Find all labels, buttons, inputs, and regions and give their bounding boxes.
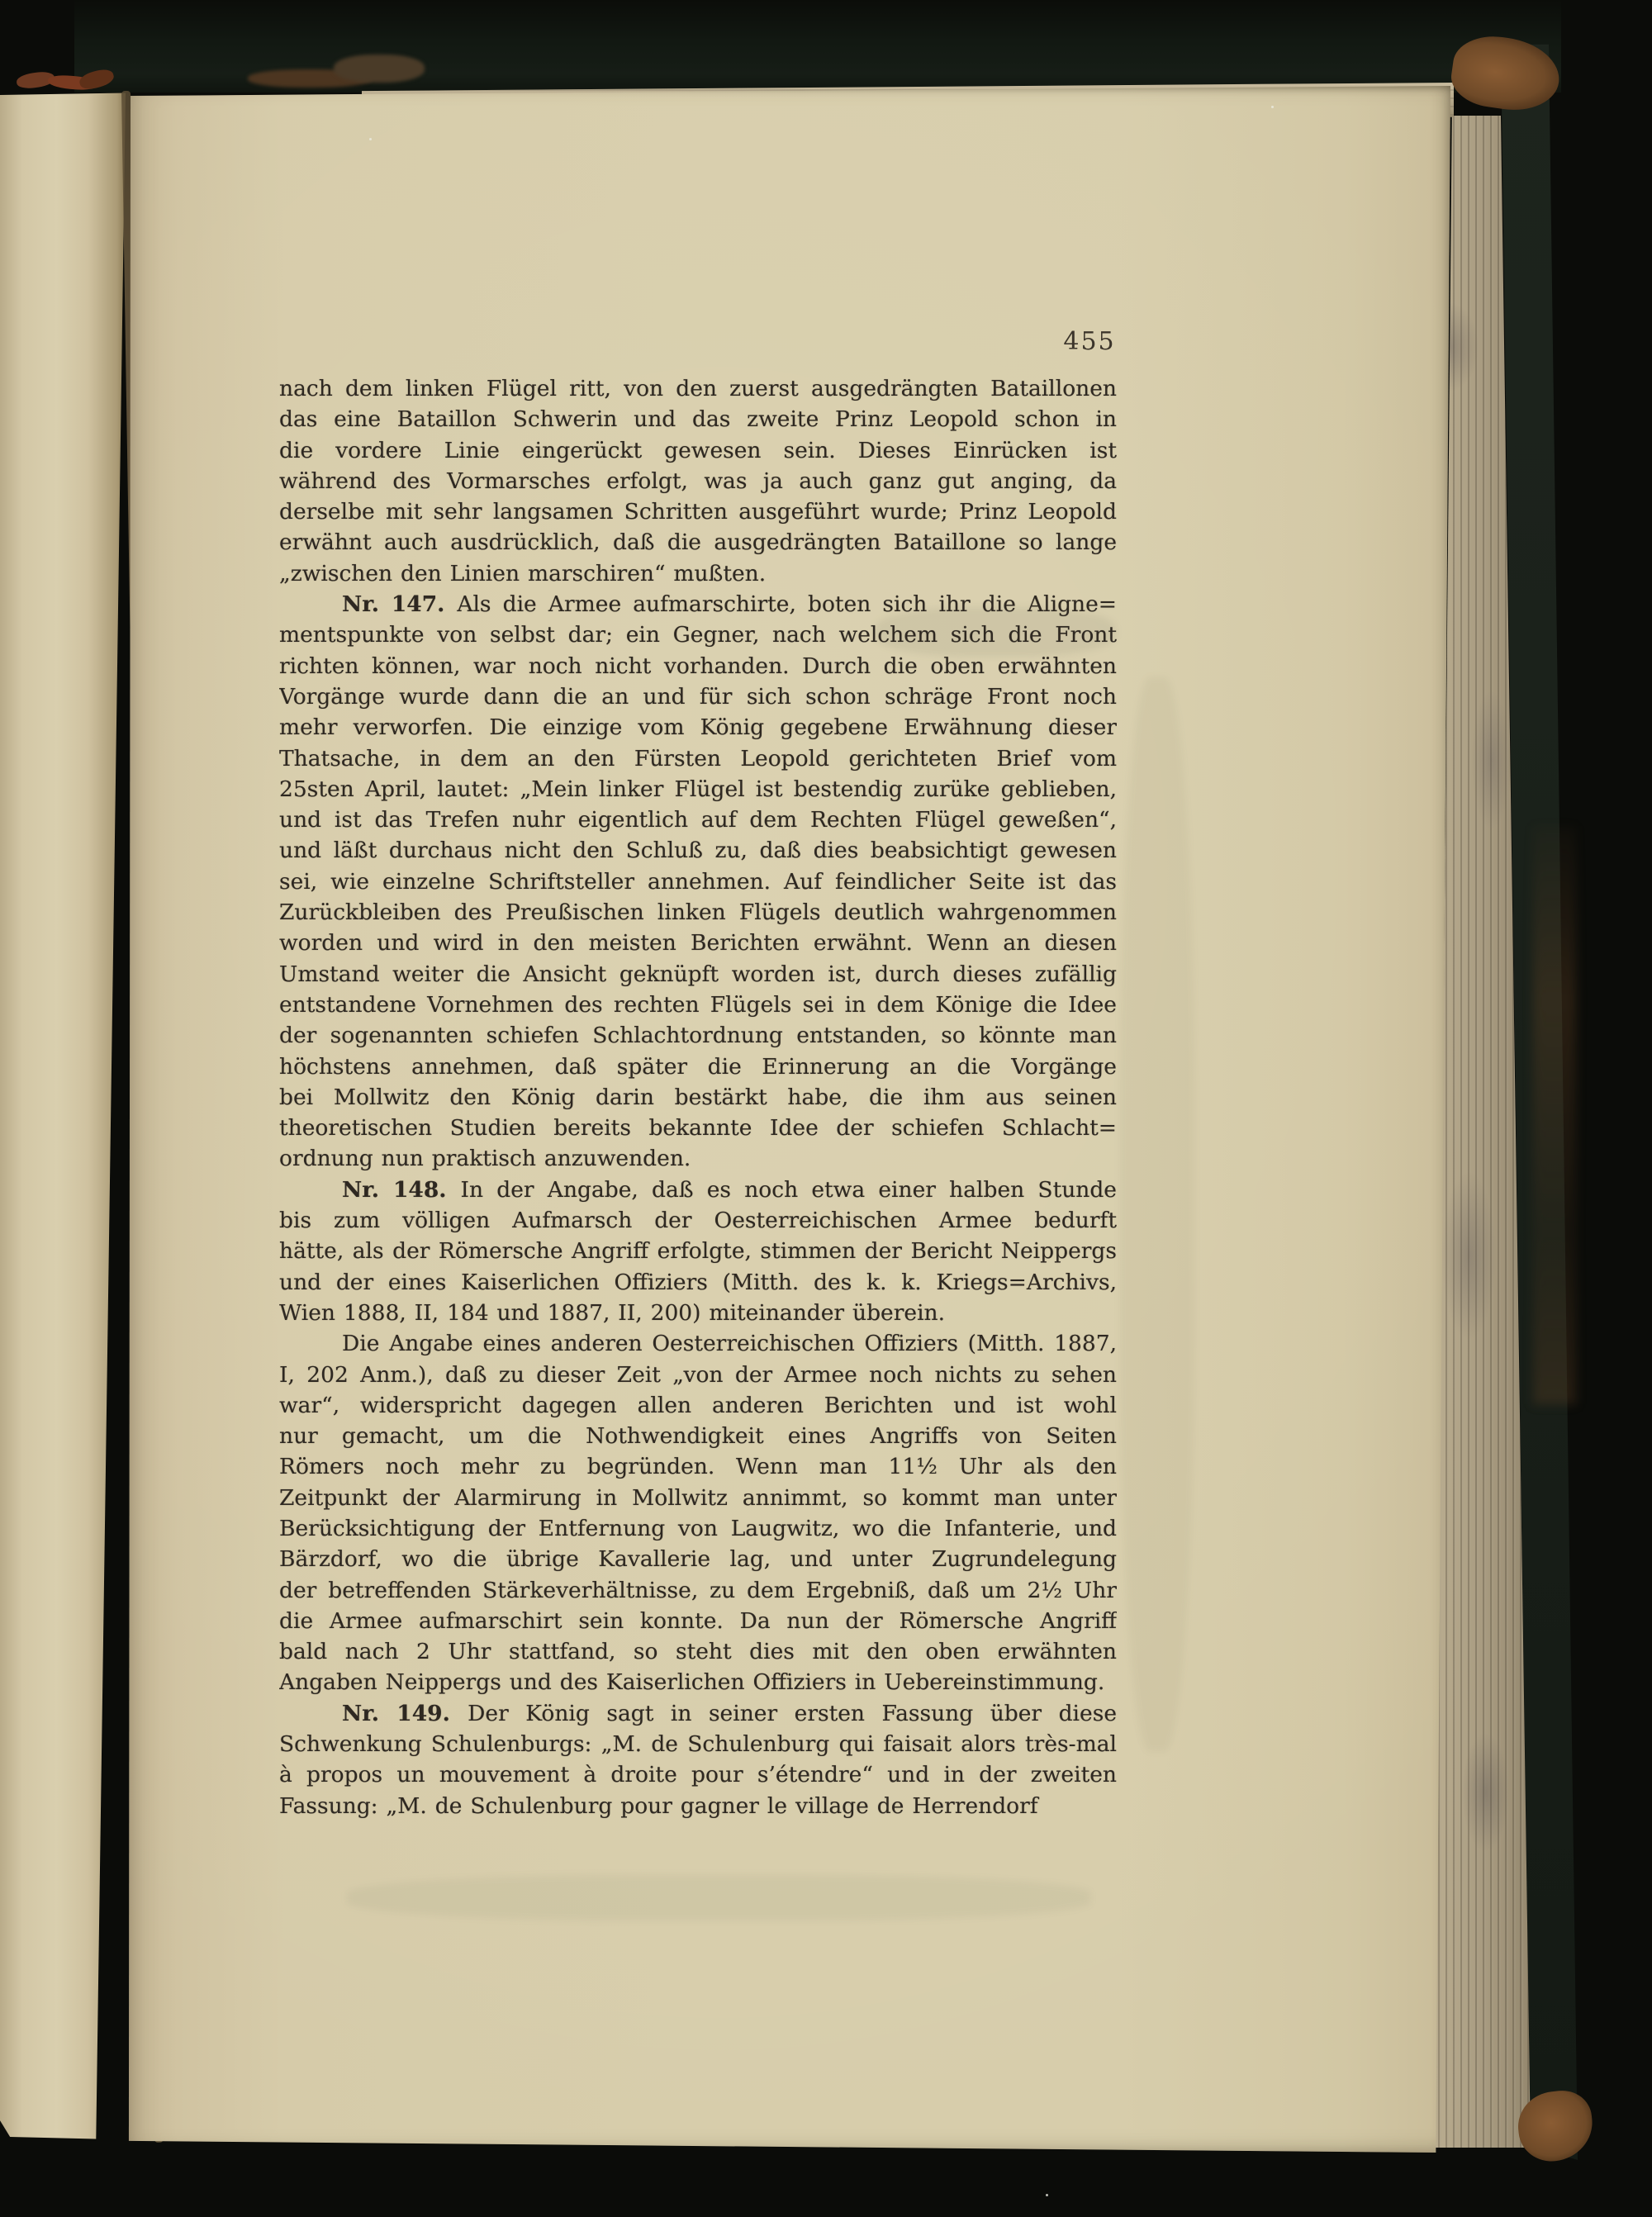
text-line: Thatsache, in dem an den Fürsten Leopold… — [279, 743, 1117, 774]
text-line: derselbe mit sehr langsamen Schritten au… — [279, 496, 1117, 527]
text-line: Schwenkung Schulenburgs: „M. de Schulenb… — [279, 1729, 1117, 1759]
dust-speck — [1046, 2194, 1048, 2196]
text-line: 25sten April, lautet: „Mein linker Flüge… — [279, 774, 1117, 805]
text-line: Zeitpunkt der Alarmirung in Mollwitz ann… — [279, 1483, 1117, 1513]
dust-speck — [1271, 106, 1274, 108]
text-line: erwähnt auch ausdrücklich, daß die ausge… — [279, 527, 1117, 558]
text-line: der betreffenden Stärkeverhältnisse, zu … — [279, 1575, 1117, 1606]
text-line: Wien 1888, II, 184 und 1887, II, 200) mi… — [279, 1298, 1117, 1328]
text-line: bald nach 2 Uhr stattfand, so steht dies… — [279, 1636, 1117, 1667]
show-through-smudge — [1120, 677, 1194, 1751]
text-line: Nr. 147. Als die Armee aufmarschirte, bo… — [279, 589, 1117, 620]
text-line: nur gemacht, um die Nothwendigkeit eines… — [279, 1421, 1117, 1451]
binding-debris — [334, 55, 425, 83]
text-line: Nr. 148. In der Angabe, daß es noch etwa… — [279, 1175, 1117, 1205]
text-line: Vorgänge wurde dann die an und für sich … — [279, 681, 1117, 712]
paragraph-number: Nr. 147. — [342, 591, 457, 617]
text-line: mentspunkte von selbst dar; ein Gegner, … — [279, 620, 1117, 650]
text-line: bis zum völligen Aufmarsch der Oesterrei… — [279, 1205, 1117, 1236]
text-line: Nr. 149. Der König sagt in seiner ersten… — [279, 1698, 1117, 1729]
page-number: 455 — [1059, 327, 1120, 358]
text-line: ordnung nun praktisch anzuwenden. — [279, 1143, 1117, 1174]
text-line: war“, widerspricht dagegen allen anderen… — [279, 1390, 1117, 1421]
text-line: der sogenannten schiefen Schlachtordnung… — [279, 1020, 1117, 1051]
text-line: Umstand weiter die Ansicht geknüpft word… — [279, 959, 1117, 990]
text-line: bei Mollwitz den König darin bestärkt ha… — [279, 1082, 1117, 1113]
text-line: entstandene Vornehmen des rechten Flügel… — [279, 990, 1117, 1020]
text-line: höchstens annehmen, daß später die Erinn… — [279, 1052, 1117, 1082]
text-line: die Armee aufmarschirt sein konnte. Da n… — [279, 1606, 1117, 1636]
text-line: Die Angabe eines anderen Oesterreichisch… — [279, 1328, 1117, 1359]
text-line: während des Vormarsches erfolgt, was ja … — [279, 466, 1117, 496]
text-block: nach dem linken Flügel ritt, von den zue… — [279, 373, 1117, 1821]
leather-wear-right-middle — [1533, 826, 1576, 1404]
text-line: Zurückbleiben des Preußischen linken Flü… — [279, 897, 1117, 928]
text-line: und läßt durchaus nicht den Schluß zu, d… — [279, 835, 1117, 866]
facing-page-edge — [0, 91, 126, 2141]
text-line: Angaben Neippergs und des Kaiserlichen O… — [279, 1667, 1117, 1697]
text-line: richten können, war noch nicht vorhanden… — [279, 651, 1117, 681]
text-line: à propos un mouvement à droite pour s’ét… — [279, 1759, 1117, 1790]
text-line: I, 202 Anm.), daß zu dieser Zeit „von de… — [279, 1360, 1117, 1390]
text-line: Römers noch mehr zu begründen. Wenn man … — [279, 1451, 1117, 1482]
text-line: nach dem linken Flügel ritt, von den zue… — [279, 373, 1117, 404]
text-line: das eine Bataillon Schwerin und das zwei… — [279, 404, 1117, 434]
dust-speck — [369, 138, 372, 140]
text-line: und der eines Kaiserlichen Offiziers (Mi… — [279, 1267, 1117, 1298]
text-line: „zwischen den Linien marschiren“ mußten. — [279, 558, 1117, 589]
text-line: hätte, als der Römersche Angriff erfolgt… — [279, 1236, 1117, 1266]
text-line: mehr verworfen. Die einzige vom König ge… — [279, 712, 1117, 743]
paragraph-number: Nr. 148. — [342, 1177, 461, 1203]
text-line: Berücksichtigung der Entfernung von Laug… — [279, 1513, 1117, 1544]
paragraph-number: Nr. 149. — [342, 1701, 468, 1726]
text-line: worden und wird in den meisten Berichten… — [279, 928, 1117, 958]
text-line: Fassung: „M. de Schulenburg pour gagner … — [279, 1791, 1117, 1821]
show-through-smudge — [347, 1875, 1090, 1920]
text-line: die vordere Linie eingerückt gewesen sei… — [279, 435, 1117, 466]
text-line: Bärzdorf, wo die übrige Kavallerie lag, … — [279, 1544, 1117, 1574]
text-line: theoretischen Studien bereits bekannte I… — [279, 1113, 1117, 1143]
book-scan: 455 nach dem linken Flügel ritt, von den… — [0, 0, 1652, 2217]
text-line: sei, wie einzelne Schriftsteller annehme… — [279, 866, 1117, 897]
text-line: und ist das Trefen nuhr eigentlich auf d… — [279, 805, 1117, 835]
